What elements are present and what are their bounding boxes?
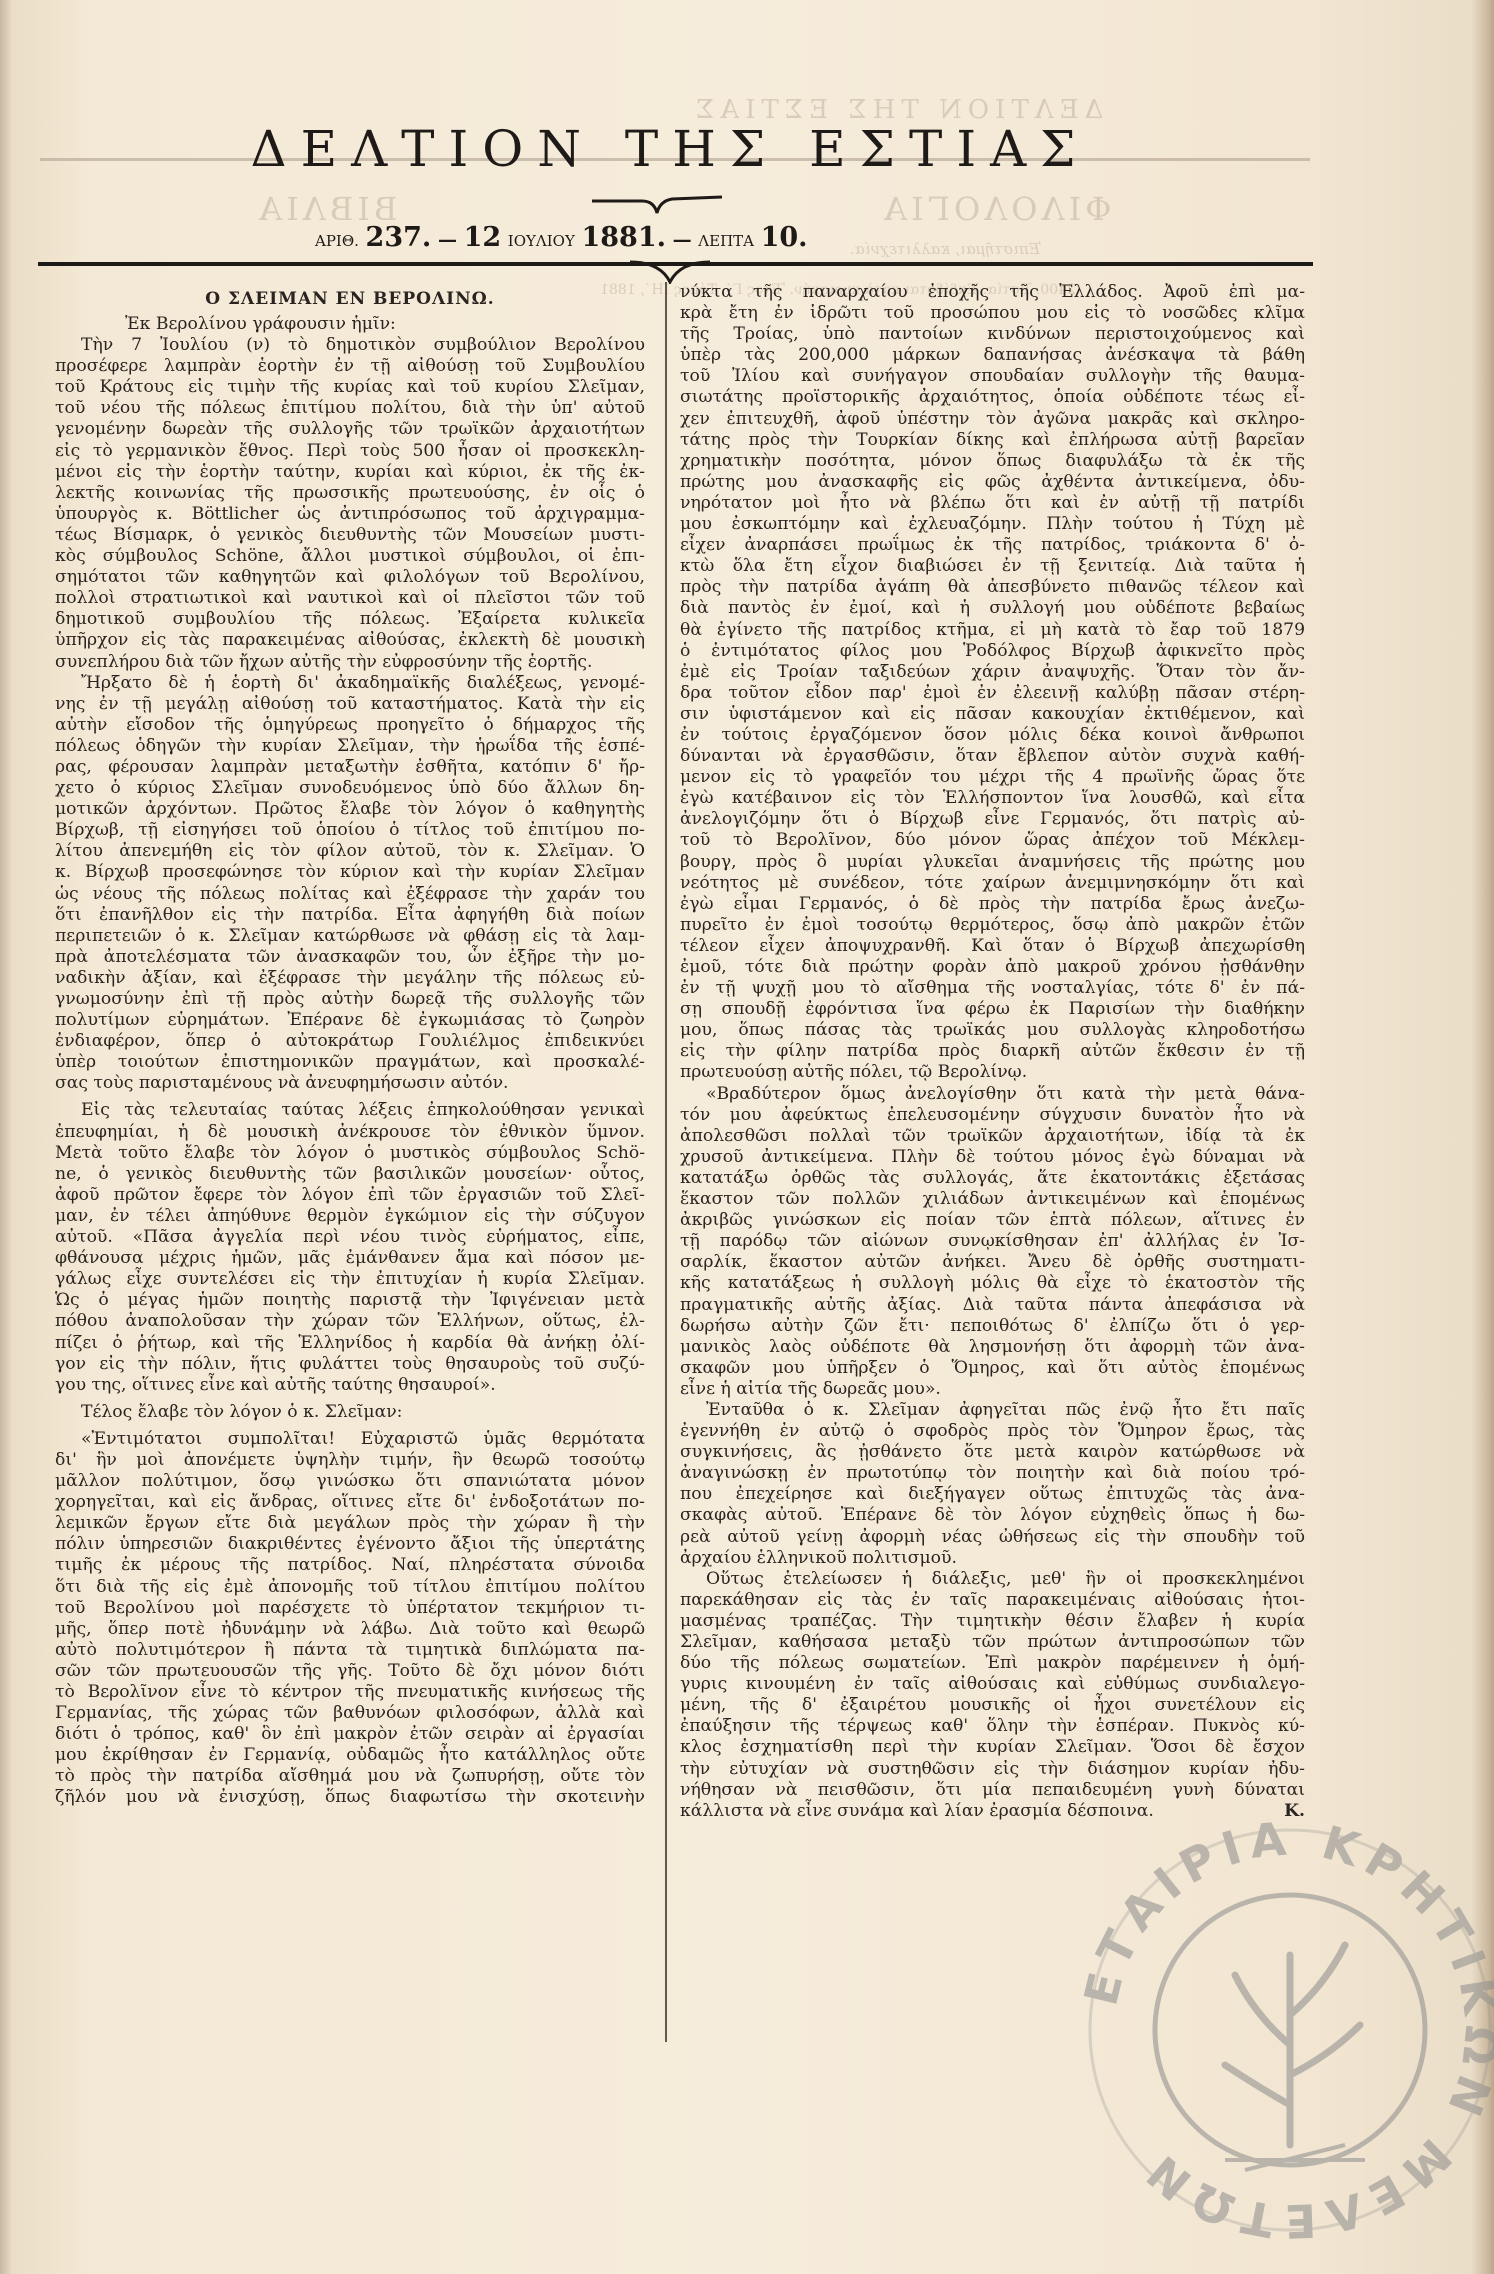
text-line: μῆς, ὅπερ ποτὲ ἠδυνάμην νὰ λάβω. Διὰ τοῦ… <box>55 1619 645 1640</box>
text-line: γνωμοσύνην ἐπὶ τῇ πρὸς αὐτὴν δωρεᾷ τῆς σ… <box>55 989 645 1010</box>
text-line: σαρλίκ, ἕκαστον αὐτῶν ἀνήκει. Ἄνευ δὲ ὀρ… <box>680 1252 1305 1273</box>
text-line: τέως Βίσμαρκ, ὁ γενικὸς διευθυντὴς τῶν Μ… <box>55 525 645 546</box>
text-line: ὑπὲρ τὰς 200,000 μάρκων δαπανήσας ἀνέσκα… <box>680 345 1305 366</box>
text-line: σημότατοι τῶν καθηγητῶν καὶ φιλολόγων το… <box>55 567 645 588</box>
text-line: τοῦ τὸ Βερολῖνον, δύο μόνον ὥρας ἀπέχον … <box>680 830 1305 851</box>
text-line: σκαφῶν μου ὑπῆρξεν ὁ Ὅμηρος, καὶ ὅτι αὐτ… <box>680 1358 1305 1379</box>
text-line: συγκινήσεις, ἃς ᾐσθάνετο ὅτε μετὰ καιρὸν… <box>680 1442 1305 1463</box>
text-line: γυρις κινουμένη ἐν ταῖς αἰθούσαις καὶ εὐ… <box>680 1674 1305 1695</box>
text-line: ὁ ἐντιμότατος φίλος μου Ῥοδόλφος Βίρχωβ … <box>680 641 1305 662</box>
stamp-text: ΕΤΑΙΡΙΑ ΚΡΗΤΙΚΩΝ ΜΕΛΕΤΩΝ <box>1075 1815 1494 2245</box>
text-line: ζῆλόν μου νὰ ἐνισχύσῃ, ὅπως διαφωτίσω τὴ… <box>55 1787 645 1808</box>
text-line: λεμικῶν ἔργων εἴτε διὰ μεγάλων πρὸς τὴν … <box>55 1513 645 1534</box>
text-line: συνεπλήρου διὰ τῶν ἤχων αὐτῆς τὴν εὐφροσ… <box>55 652 645 673</box>
text-line: ἐγὼ κατέβαινον εἰς τὸν Ἑλλήσποντον ἵνα λ… <box>680 788 1305 809</box>
text-line: σιν ὑφιστάμενον καὶ εἰς πᾶσαν κακουχίαν … <box>680 704 1305 725</box>
text-line: νύκτα τῆς παναρχαίου ἐποχῆς τῆς Ἑλλάδος.… <box>680 282 1305 303</box>
text-line: διότι ὁ τρόπος, καθ' ὃν ἐπὶ μακρὸν ἐτῶν … <box>55 1724 645 1745</box>
text-line: νης ἐν τῇ μεγάλῃ αἰθούσῃ τοῦ καταστήματο… <box>55 694 645 715</box>
text-line: γου της, οἵτινες εἶνε καὶ αὐτῆς ταύτης θ… <box>55 1375 645 1396</box>
text-line: εἶνε ἡ αἰτία τῆς δωρεᾶς μου». <box>680 1379 1305 1400</box>
text-line: τοῦ Ἰλίου καὶ συνήγαγον σπουδαίαν συλλογ… <box>680 366 1305 387</box>
text-line: ἐμοῦ, τότε διὰ πρώτην φορὰν ἀπὸ μακροῦ χ… <box>680 957 1305 978</box>
masthead-title: ΔΕΛΤΙΟΝ ΤΗΣ ΕΣΤΙΑΣ <box>175 120 1165 178</box>
text-line: αὐτὸ πολυτιμότερον ἢ πάντα τὰ τιμητικὰ δ… <box>55 1640 645 1661</box>
text-line: μανικὸς λαὸς οὐδέποτε θὰ λησμονήσῃ ὅτι ἀ… <box>680 1337 1305 1358</box>
text-line: Εἰς τὰς τελευταίας ταύτας λέξεις ἐπηκολο… <box>55 1100 645 1121</box>
page-left-edge <box>0 0 12 2274</box>
text-line: μένη, τῆς δ' ἐξαιρέτου μουσικῆς οἱ ἦχοι … <box>680 1695 1305 1716</box>
text-line: μοτικῶν ἀρχόντων. Πρῶτος ἔλαβε τὸν λόγον… <box>55 799 645 820</box>
text-line: εἶχεν ἀναρπάσει πρωΐμως ἐκ τῆς πατρίδος,… <box>680 535 1305 556</box>
text-line: μᾶλλον πολύτιμον, ὅσῳ γινώσκω ὅτι σπανιώ… <box>55 1471 645 1492</box>
text-line: κὸς σύμβουλος Schöne, ἄλλοι μυστικοὶ σύμ… <box>55 546 645 567</box>
text-line: ὑπὲρ τοιούτων ἐπιστημονικῶν πραγμάτων, κ… <box>55 1052 645 1073</box>
text-line: νεότητος μὲ συνέδεον, τότε χαίρων ἀνεμιμ… <box>680 873 1305 894</box>
text-line: Σλεῖμαν, καθήσασα μεταξὺ τῶν πρώτων ἀντι… <box>680 1632 1305 1653</box>
text-line: περιπετειῶν ὁ κ. Σλεῖμαν κατώρθωσε νὰ φθ… <box>55 926 645 947</box>
text-line: νηρότατον μοὶ ἦτο νὰ βλέπω ὅτι καὶ ἐν αὐ… <box>680 493 1305 514</box>
text-line: δύνανται νὰ ἐργασθῶσιν, ὅταν ἔβλεπον αὐτ… <box>680 746 1305 767</box>
issue-year: 1881. <box>581 222 666 253</box>
price-label: ΛΕΠΤΑ <box>698 232 754 250</box>
text-line: αὐτὴν εἴσοδον τῆς ὁμηγύρεως προηγεῖτο ὁ … <box>55 715 645 736</box>
text-line: εἰς τὴν φίλην πατρίδα πρὸς διαρκῆ αὐτῶν … <box>680 1041 1305 1062</box>
text-line: γάλως εἶχε συντελέσει εἰς τὴν ἐπιτυχίαν … <box>55 1269 645 1290</box>
text-line: ἐν τῇ ψυχῇ μου τὸ αἴσθημα τῆς νοσταλγίας… <box>680 978 1305 999</box>
text-line: δρα τοῦτον εἶδον παρ' ἐμοὶ ἐν ἐλεεινῇ κα… <box>680 683 1305 704</box>
text-line: «Ἐντιμότατοι συμπολῖται! Εὐχαριστῶ ὑμᾶς … <box>55 1429 645 1450</box>
issue-line: ΑΡΙΘ. 237. — 12 ΙΟΥΛΙΟΥ 1881. — ΛΕΠΤΑ 10… <box>315 222 1035 253</box>
text-line: χρηματικὴν ποσότητα, μόνον ὅπως διαφυλάξ… <box>680 451 1305 472</box>
text-line: θὰ ἐγίνετο τῆς πατρίδος κτῆμα, εἰ μὴ κατ… <box>680 620 1305 641</box>
text-line: τοῦ νέου τῆς πόλεως ἐπιτίμου πολίτου, δι… <box>55 398 645 419</box>
text-line: ἐνδιαφέρον, ὅπερ ὁ αὐτοκράτωρ Γουλιέλμος… <box>55 1031 645 1052</box>
text-line: ναδικὴν ἀξίαν, καὶ ἐξέφρασε τὴν μεγάλην … <box>55 968 645 989</box>
text-line: ἐγεννήθη ἐν αὐτῷ ὁ σφοδρὸς πρὸς τὸν Ὅμηρ… <box>680 1421 1305 1442</box>
text-line: δημοτικοῦ συμβουλίου τῆς πόλεως. Ἐξαίρετ… <box>55 609 645 630</box>
text-line: προσέφερε λαμπρὰν ἑορτὴν ἐν τῇ αἰθούσῃ τ… <box>55 356 645 377</box>
text-line: πίζει ὁ ῥήτωρ, καὶ τῆς Ἑλληνίδος ἡ καρδί… <box>55 1333 645 1354</box>
text-line: πολυτίμων εὑρημάτων. Ἐπέρανε δὲ ἐγκωμιάσ… <box>55 1010 645 1031</box>
issue-separator: — <box>438 229 457 251</box>
text-line: πόλεως ὁδηγῶν τὴν κυρίαν Σλεῖμαν, τὴν ἡρ… <box>55 736 645 757</box>
text-line: τόν μου ἀφεύκτως ἐπελευσομένην σύγχυσιν … <box>680 1105 1305 1126</box>
text-line: κατατάξω ὀρθῶς τὰς συλλογάς, ἅτε ἑκατοντ… <box>680 1168 1305 1189</box>
text-line: πυρεῖτο ἐν ἐμοὶ τοσούτῳ θερμότερος, ὅσῳ … <box>680 915 1305 936</box>
issue-day: 12 <box>464 222 502 253</box>
text-line: σιωτάτης προϊστορικῆς ἀρχαιότητος, ὁποία… <box>680 387 1305 408</box>
text-line: ne, ὁ γενικὸς διευθυντὴς τῶν βασιλικῶν μ… <box>55 1164 645 1185</box>
text-line: κτὼ ὅλα ἔτη εἶχον διαβιώσει ἐν τῇ ξενιτε… <box>680 556 1305 577</box>
text-line: Ὡς ὁ μέγας ἡμῶν ποιητὴς παριστᾷ τὴν Ἰφιγ… <box>55 1290 645 1311</box>
text-line: παρεκάθησαν εἰς τὰς ἐν ταῖς παρακειμέναι… <box>680 1590 1305 1611</box>
text-line: λεκτῆς κοινωνίας τῆς πρωσσικῆς πρωτευούσ… <box>55 483 645 504</box>
text-line: που ἐπεχείρησε καὶ διεξήγαγεν οὕτως ἐπιτ… <box>680 1484 1305 1505</box>
text-line: σκαφὰς αὐτοῦ. Ἐπέρανε δὲ τὸν λόγον εὐχηθ… <box>680 1505 1305 1526</box>
text-line: τοῦ Βερολίνου μοὶ παρέσχετε τὸ ὑπέρτατον… <box>55 1598 645 1619</box>
text-line: μασμένας τραπέζας. Τὴν τιμητικὴν θέσιν ἔ… <box>680 1611 1305 1632</box>
text-line: Βίρχωβ, τῇ εἰσηγήσει τοῦ ὁποίου ὁ τίτλος… <box>55 820 645 841</box>
text-line: Ἤρξατο δὲ ἡ ἑορτὴ δι' ἀκαδημαϊκῆς διαλέξ… <box>55 673 645 694</box>
text-line: πόθου ἀναπολοῦσαν τὴν χώραν τῶν Ἑλλήνων,… <box>55 1311 645 1332</box>
text-line: τῆς Τροίας, ὑπὸ παντοίων κινδύνων περιστ… <box>680 324 1305 345</box>
text-line: ὑπουργὸς κ. Böttlicher ὡς ἀντιπρόσωπος τ… <box>55 504 645 525</box>
text-line: τάτης πρὸς τὴν Τουρκίαν δίκης καὶ ἐπλήρω… <box>680 430 1305 451</box>
text-line: Οὕτως ἐτελείωσεν ἡ διάλεξις, μεθ' ἣν οἱ … <box>680 1569 1305 1590</box>
text-line: πόλιν ὑπηρεσιῶν διακριθέντες ἐγένοντο ἄξ… <box>55 1534 645 1555</box>
text-line: Τέλος ἔλαβε τὸν λόγον ὁ κ. Σλεῖμαν: <box>55 1402 645 1423</box>
text-line: ὅτι ἐπανῆλθον εἰς τὴν πατρίδα. Εἶτα ἀφηγ… <box>55 905 645 926</box>
price-separator: — <box>673 229 692 251</box>
text-line: ρας, φέρουσαν λαμπρὰν μεταξωτὴν ἐσθῆτα, … <box>55 757 645 778</box>
library-stamp-icon: ΕΤΑΙΡΙΑ ΚΡΗΤΙΚΩΝ ΜΕΛΕΤΩΝ <box>1075 1815 1494 2245</box>
text-line: πολλοὶ στρατιωτικοὶ καὶ ναυτικοὶ καὶ οἱ … <box>55 588 645 609</box>
text-line: χετο ὁ κύριος Σλεῖμαν συνοδευόμενος ὑπὸ … <box>55 778 645 799</box>
text-line: μου ἐσκωπτόμην καὶ ἐχλευαζόμην. Πλὴν τού… <box>680 514 1305 535</box>
text-line: ὡς νέους τῆς πόλεως πολίτας καὶ ἐξέφρασε… <box>55 884 645 905</box>
text-line: μαν, ἐν τέλει ἀπηύθυνε θερμὸν ἐγκώμιον ε… <box>55 1206 645 1227</box>
svg-text:ΕΤΑΙΡΙΑ ΚΡΗΤΙΚΩΝ ΜΕΛΕΤΩΝ: ΕΤΑΙΡΙΑ ΚΡΗΤΙΚΩΝ ΜΕΛΕΤΩΝ <box>1075 1815 1494 2245</box>
text-line: ἀνελογιζόμην ὅτι ὁ Βίρχωβ εἶνε Γερμανός,… <box>680 809 1305 830</box>
text-line: μένοι εἰς τὴν ἑορτὴν ταύτην, κυρίαι καὶ … <box>55 462 645 483</box>
text-line: πρωτευούσῃ αὐτῆς πόλει, τῷ Βερολίνῳ. <box>680 1062 1305 1083</box>
text-line: κ. Βίρχωβ προσεφώνησε τὸν κύριον καὶ τὴν… <box>55 862 645 883</box>
text-line: τὴν εὐτυχίαν νὰ συστηθῶσιν εἰς τὴν διάση… <box>680 1759 1305 1780</box>
text-line: Ἐνταῦθα ὁ κ. Σλεῖμαν ἀφηγεῖται πῶς ἐνῷ ἦ… <box>680 1400 1305 1421</box>
text-line: τέλεον εἶχεν ἀποψυχρανθῆ. Καὶ ὅταν ὁ Βίρ… <box>680 936 1305 957</box>
issue-prefix: ΑΡΙΘ. <box>315 232 359 250</box>
text-line: πρώτης μου ἀνασκαφῆς εἰς φῶς ἀχθέντα ἀντ… <box>680 472 1305 493</box>
text-line: ἀπολεσθῶσι πολλαὶ τῶν τρωϊκῶν ἀρχαιοτήτω… <box>680 1126 1305 1147</box>
text-line: ἐπευφημίαι, ἡ δὲ μουσικὴ ἀνέκρουσε τὸν ἐ… <box>55 1122 645 1143</box>
text-line: γον εἰς τὴν πόλιν, ἥτις φυλάττει τοὺς θη… <box>55 1354 645 1375</box>
text-line: ἀναγινώσκῃ ἐν πρωτοτύπῳ τὸν ποιητὴν καὶ … <box>680 1463 1305 1484</box>
text-line: σῶν τῶν πρωτευουσῶν τῆς γῆς. Τοῦτο δὲ ὄχ… <box>55 1661 645 1682</box>
text-line: χορηγεῖται, καὶ εἰς ἄνδρας, οἵτινες εἴτε… <box>55 1492 645 1513</box>
article-right-column: νύκτα τῆς παναρχαίου ἐποχῆς τῆς Ἑλλάδος.… <box>680 282 1305 1822</box>
text-line: πραγματικῆς αὐτῆς ἀξίας. Διὰ ταῦτα πάντα… <box>680 1295 1305 1316</box>
text-line: μου ἐκρίθησαν ἐν Γερμανίᾳ, οὐδαμῶς ἦτο κ… <box>55 1745 645 1766</box>
text-line: χρυσοῦ ἀντικείμενα. Πλὴν δὲ τούτου μόνος… <box>680 1147 1305 1168</box>
article-title: Ο ΣΛΕΙΜΑΝ ΕΝ ΒΕΡΟΛΙΝΩ. <box>55 284 645 314</box>
text-line: δι' ἣν μοὶ ἀπονέμετε ὑψηλὴν τιμήν, ἣν θε… <box>55 1450 645 1471</box>
text-line: ἀρχαίου ἑλληνικοῦ πολιτισμοῦ. <box>680 1548 1305 1569</box>
text-line: νήθησαν νὰ πεισθῶσιν, ὅτι μία πεπαιδευμέ… <box>680 1780 1305 1801</box>
text-line: δύο τῆς πόλεως σωματείων. Ἐπὶ μακρὸν παρ… <box>680 1653 1305 1674</box>
text-line: τὸ πρὸς τὴν πατρίδα αἴσθημά μου νὰ ζωπυρ… <box>55 1766 645 1787</box>
column-divider <box>665 282 667 2042</box>
text-line: ἐν τούτοις ἐργαζόμενον ὅσον μόλις δέκα κ… <box>680 725 1305 746</box>
text-line: «Βραδύτερον ὅμως ἀνελογίσθην ὅτι κατὰ τὴ… <box>680 1084 1305 1105</box>
text-line: σῃ σπουδῇ ἐφρόντισα ἵνα φέρω ἐκ Παρισίων… <box>680 999 1305 1020</box>
text-line: μενον εἰς τὸ γραφεῖόν του μέχρι τῆς 4 πρ… <box>680 767 1305 788</box>
text-line: κρὰ ἔτη ἐν ἱδρῶτι τοῦ προσώπου μου εἰς τ… <box>680 303 1305 324</box>
article-left-column: Ο ΣΛΕΙΜΑΝ ΕΝ ΒΕΡΟΛΙΝΩ. Ἐκ Βερολίνου γράφ… <box>55 282 645 1809</box>
text-line: δωρήσω αὐτὴν ζῶν ἔτι· πεποιθότως δ' ἐλπί… <box>680 1316 1305 1337</box>
text-line: κλος ἐσχηματίσθη περὶ τὴν κυρίαν Σλεῖμαν… <box>680 1737 1305 1758</box>
issue-month: ΙΟΥΛΙΟΥ <box>508 232 575 250</box>
text-line: ἀφοῦ πρῶτον ἔφερε τὸν λόγον ἐπὶ τῶν ἐργα… <box>55 1185 645 1206</box>
text-line: βουργ, πρὸς ὃ μυρίαι γλυκεῖαι ἀναμνήσεις… <box>680 852 1305 873</box>
text-line: ἐμὲ εἰς Τροίαν ταξιδεύων χάριν ἀναψυχῆς.… <box>680 662 1305 683</box>
text-line: Τὴν 7 Ἰουλίου (ν) τὸ δημοτικὸν συμβούλιο… <box>55 335 645 356</box>
text-line: ἐπαύξησιν τῆς τέρψεως καθ' ὅλην τὴν ἑσπέ… <box>680 1716 1305 1737</box>
issue-number: 237. <box>366 222 432 253</box>
price-value: 10. <box>761 222 808 253</box>
text-line: ὑπῆρχον εἰς τὰς παρακειμένας αἰθούσας, ἐ… <box>55 630 645 651</box>
decorative-brace-icon <box>630 258 710 284</box>
text-line: ὅτι διὰ τῆς εἰς ἐμὲ ἀπονομῆς τοῦ τίτλου … <box>55 1577 645 1598</box>
text-line: χεν ἐπιτευχθῆ, ἀφοῦ ὑπέστην τὸν ἀγῶνα μα… <box>680 409 1305 430</box>
text-line: Γερμανίας, τῆς χώρας τῶν βαθυνόων φιλοσό… <box>55 1703 645 1724</box>
text-line: ρεὰ αὐτοῦ γείνῃ ἀφορμὴ νέας ὠθήσεως εἰς … <box>680 1527 1305 1548</box>
newspaper-page: ΔΕΛΤΙΟΝ ΤΗΣ ΕΣΤΙΑΣ ΒΙΒΛΙΑ ΦΙΛΟΛΟΓΙΑ Ἐπισ… <box>0 0 1494 2274</box>
text-line: ἀκριβῶς γινώσκων εἰς ποίαν τῶν ἑπτὰ πόλε… <box>680 1210 1305 1231</box>
text-line: ἕκαστον τῶν πολλῶν χιλιάδων ἀντικειμένων… <box>680 1189 1305 1210</box>
text-line: Μετὰ τοῦτο ἔλαβε τὸν λόγον ὁ μυστικὸς σύ… <box>55 1143 645 1164</box>
text-line: εἰς τὸ γερμανικὸν ἔθνος. Περὶ τοὺς 500 ἦ… <box>55 441 645 462</box>
text-line: Ἐκ Βερολίνου γράφουσιν ἡμῖν: <box>55 314 645 335</box>
text-line: λίτου ἀπενεμήθη εἰς τὸν φίλον αὐτοῦ, τὸν… <box>55 841 645 862</box>
text-line: τὸ Βερολῖνον εἶνε τὸ κέντρον τῆς πνευματ… <box>55 1682 645 1703</box>
text-line: μου, ὅπως πάσας τὰς τρωϊκάς μου συλλογὰς… <box>680 1020 1305 1041</box>
text-line: τοῦ Κράτους εἰς τιμὴν τῆς κυρίας καὶ τοῦ… <box>55 377 645 398</box>
text-line: πρὰ ἀποτελέσματα τῶν ἀνασκαφῶν του, ὧν ἐ… <box>55 947 645 968</box>
decorative-brace-icon <box>592 193 722 215</box>
text-line: τιμῆς ἐκ μέρους τῆς πατρίδος. Ναί, πληρέ… <box>55 1555 645 1576</box>
text-line: κῆς κατατάξεως ἡ συλλογὴ μόλις θὰ εἶχε τ… <box>680 1273 1305 1294</box>
text-line: ἐγὼ εἶμαι Γερμανός, ὁ δὲ πρὸς τὴν πατρίδ… <box>680 894 1305 915</box>
text-line: τῇ παρόδῳ τῶν αἰώνων συνῳκίσθησαν ἐπ' ἀλ… <box>680 1231 1305 1252</box>
text-line: διὰ παντὸς ἐν ἐμοί, καὶ ἡ συλλογή μου οὐ… <box>680 598 1305 619</box>
text-line: πρὸς τὴν πατρίδα ἀγάπη θὰ ἀπεσβύνετο πιθ… <box>680 577 1305 598</box>
text-line: σας τοὺς παρισταμένους νὰ ἀνευφημήσωσιν … <box>55 1073 645 1094</box>
text-line: φθάνουσα μέχρις ἡμῶν, μᾶς ἐμάνθανεν ἅμα … <box>55 1248 645 1269</box>
text-line: αὐτοῦ. «Πᾶσα ἀγγελία περὶ νέου τινὸς εὑρ… <box>55 1227 645 1248</box>
text-line: γενομένην δωρεὰν τῆς συλλογῆς τῶν τρωϊκῶ… <box>55 419 645 440</box>
